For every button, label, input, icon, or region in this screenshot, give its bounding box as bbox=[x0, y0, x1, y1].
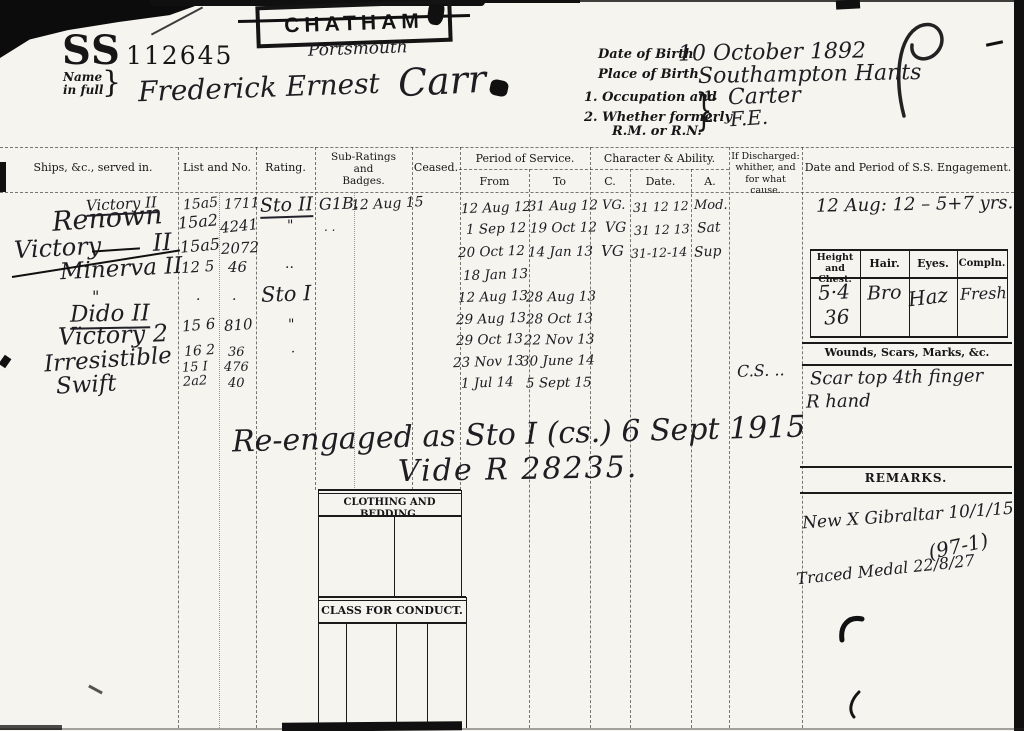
pob-label: Place of Birth bbox=[598, 68, 699, 83]
wounds-line2: R hand bbox=[806, 392, 871, 411]
character-date: 31-12-14 bbox=[631, 246, 688, 260]
service-record-sheet: SS 112645 Name in full } Frederick Ernes… bbox=[0, 0, 1024, 731]
sub-ratings-line3: Badges. bbox=[342, 175, 384, 187]
wounds-header: Wounds, Scars, Marks, &c. bbox=[802, 347, 1012, 360]
to-date: 28 Oct 13 bbox=[526, 312, 593, 327]
wounds-rule bbox=[802, 342, 1012, 344]
character-grade: VG bbox=[601, 244, 624, 259]
bottom-edge-mark bbox=[0, 725, 62, 730]
from-date: 12 Aug 12 bbox=[461, 201, 531, 217]
number-entry: 2072 bbox=[221, 240, 260, 257]
remarks-rule bbox=[800, 466, 1012, 468]
col-header-c: C. bbox=[590, 176, 630, 189]
bottom-edge-line bbox=[0, 728, 1024, 730]
ability-grade: Sup bbox=[694, 244, 722, 259]
box-rule bbox=[318, 622, 466, 624]
box-rule bbox=[318, 489, 461, 491]
ability-grade: Mod. bbox=[694, 199, 728, 212]
col-header-period: Period of Service. bbox=[460, 153, 590, 166]
bottom-edge-mark bbox=[88, 685, 103, 695]
name-label-line2: in full bbox=[63, 83, 103, 97]
remarks-header: REMARKS. bbox=[800, 472, 1012, 486]
box-inner-divider bbox=[394, 515, 395, 597]
re-engaged-note-line1: Re-engaged as Sto I (cs.) 6 Sept 1915 bbox=[232, 412, 806, 457]
hair-label: Hair. bbox=[860, 258, 909, 271]
to-date: 14 Jan 13 bbox=[528, 245, 593, 260]
character-grade: VG. bbox=[602, 199, 625, 212]
wounds-line1: Scar top 4th finger bbox=[810, 367, 983, 388]
badge-date-entry: 12 Aug 15 bbox=[351, 195, 424, 213]
col-header-from: From bbox=[460, 176, 529, 189]
ability-grade: Sat bbox=[697, 220, 721, 235]
box-border bbox=[461, 490, 462, 597]
rating-entry: Sto I bbox=[261, 283, 312, 306]
from-date: 1 Jul 14 bbox=[461, 376, 514, 391]
eyes-label: Eyes. bbox=[909, 258, 957, 271]
official-number: 112645 bbox=[126, 42, 233, 71]
col-header-ceased: Ceased. bbox=[412, 162, 460, 175]
number-entry: 1711 bbox=[224, 196, 260, 212]
rating-entry: " bbox=[288, 318, 294, 332]
col-header-date: Date. bbox=[630, 176, 691, 189]
from-date: 12 Aug 13 bbox=[458, 290, 528, 306]
chest-value: 36 bbox=[823, 306, 849, 327]
col-header-a: A. bbox=[691, 176, 729, 189]
occupation-label-3: R.M. or R.N. bbox=[612, 125, 702, 140]
discharged-line1: If Discharged: bbox=[731, 151, 799, 162]
col-header-ships: Ships, &c., served in. bbox=[8, 162, 178, 175]
col-header-rating: Rating. bbox=[256, 162, 315, 175]
to-date: 5 Sept 15 bbox=[526, 376, 592, 391]
height-value: 5·4 bbox=[817, 281, 850, 303]
col-header-character: Character & Ability. bbox=[590, 153, 729, 166]
physical-table-border bbox=[1007, 249, 1008, 338]
to-date: 28 Aug 13 bbox=[526, 290, 596, 305]
character-date: 31 12 13 bbox=[634, 223, 690, 237]
to-date: 31 Aug 12 bbox=[528, 199, 598, 214]
list-entry: · bbox=[196, 293, 200, 307]
stamp-text: CHATHAM bbox=[284, 10, 424, 39]
from-date: 20 Oct 12 bbox=[458, 245, 525, 261]
occupation-item-2: 2. bbox=[704, 112, 718, 127]
name-last-handwritten: Carr bbox=[397, 60, 487, 103]
hair-value: Bro bbox=[867, 283, 902, 303]
complexion-value: Fresh bbox=[960, 285, 1007, 303]
col-header-ss-engagement: Date and Period of S.S. Engagement. bbox=[802, 162, 1014, 175]
table-top-rule bbox=[0, 147, 1024, 148]
header-mid-rule bbox=[459, 169, 729, 170]
number-entry: 476 bbox=[224, 361, 249, 374]
list-entry: 15 6 bbox=[181, 317, 216, 335]
left-edge-mark bbox=[0, 162, 6, 192]
number-entry: 810 bbox=[224, 317, 254, 334]
stamp-note-handwritten: Portsmouth bbox=[308, 39, 408, 59]
discharged-line3: for what cause. bbox=[745, 174, 786, 196]
name-label-line1: Name bbox=[63, 70, 102, 84]
list-entry: 12 5 bbox=[181, 259, 215, 276]
to-date: 19 Oct 12 bbox=[530, 221, 597, 236]
column-divider bbox=[219, 192, 220, 728]
box-inner-divider bbox=[396, 622, 397, 726]
bottom-scan-bar bbox=[282, 721, 462, 731]
name-brace: } bbox=[102, 66, 121, 101]
from-date: 1 Sep 12 bbox=[466, 222, 527, 238]
sub-ratings-line1: Sub-Ratings bbox=[331, 151, 396, 163]
to-date: 30 June 14 bbox=[521, 354, 595, 369]
right-edge-strip bbox=[1014, 0, 1024, 731]
top-edge-mark bbox=[470, 0, 580, 3]
to-date: 22 Nov 13 bbox=[524, 333, 595, 348]
list-entry: 15a5 bbox=[179, 236, 220, 255]
formerly-value: F.E. bbox=[729, 107, 768, 130]
col-header-list-no: List and No. bbox=[178, 162, 256, 175]
from-date: 18 Jan 13 bbox=[463, 268, 529, 284]
pen-flourish-mark bbox=[886, 18, 958, 122]
number-entry: 4241 bbox=[219, 217, 259, 236]
ink-blot-mark bbox=[489, 78, 510, 97]
list-entry: 2a2 bbox=[183, 374, 208, 389]
rating-entry: .. bbox=[285, 257, 294, 271]
box-rule bbox=[318, 515, 461, 517]
box-inner-divider bbox=[346, 622, 347, 726]
from-date: 29 Oct 13 bbox=[456, 333, 523, 349]
eyes-value: Haz bbox=[907, 285, 949, 310]
list-entry: 15a2 bbox=[177, 212, 218, 231]
sub-rating-entry: . . bbox=[324, 221, 335, 233]
col-header-sub-ratings: Sub-Ratings and Badges. bbox=[315, 151, 412, 187]
class-for-conduct-header: CLASS FOR CONDUCT. bbox=[318, 605, 466, 618]
col-header-to: To bbox=[529, 176, 590, 189]
re-engaged-note-line2: Vide R 28235. bbox=[398, 453, 639, 487]
column-divider bbox=[691, 169, 692, 728]
number-entry: 36 bbox=[228, 346, 245, 359]
left-edge-mark bbox=[0, 355, 11, 369]
character-grade: VG bbox=[605, 221, 626, 235]
box-rule bbox=[318, 600, 466, 601]
ink-hook-mark bbox=[845, 690, 863, 720]
rating-entry: " bbox=[287, 219, 293, 233]
ss-engagement-value: 12 Aug: 12 – 5+7 yrs. bbox=[816, 194, 1014, 215]
ink-comma-mark bbox=[838, 612, 866, 644]
column-divider bbox=[178, 147, 179, 728]
top-edge-mark bbox=[570, 0, 1024, 2]
number-entry: 40 bbox=[228, 377, 245, 390]
number-entry: · bbox=[232, 293, 236, 307]
list-entry: 16 2 bbox=[184, 343, 216, 359]
sub-ratings-line2: and bbox=[354, 163, 374, 175]
box-rule bbox=[318, 596, 466, 598]
col-header-discharged: If Discharged: whither, and for what cau… bbox=[729, 151, 802, 197]
complexion-label: Compln. bbox=[957, 258, 1007, 270]
remarks-rule bbox=[800, 492, 1012, 494]
top-edge-mark bbox=[836, 0, 860, 10]
pen-dash-mark bbox=[986, 40, 1003, 46]
box-border bbox=[466, 597, 467, 728]
character-date: 31 12 12 bbox=[633, 200, 689, 214]
ship-entry: Swift bbox=[55, 372, 117, 398]
occupation-item-1: 1. bbox=[704, 90, 718, 105]
discharge-cause: C.S. .. bbox=[737, 362, 785, 380]
box-rule bbox=[318, 493, 461, 494]
from-date: 29 Aug 13 bbox=[456, 312, 526, 328]
remarks-line3: Traced Medal 22/8/27 bbox=[796, 553, 976, 588]
name-label: Name in full bbox=[63, 71, 105, 97]
height-label-line1: Height bbox=[817, 252, 854, 263]
rating-entry: Sto II bbox=[260, 195, 314, 219]
name-first-handwritten: Frederick Ernest bbox=[138, 70, 381, 106]
number-entry: 46 bbox=[228, 260, 247, 275]
rating-entry: · bbox=[291, 346, 295, 359]
box-inner-divider bbox=[427, 622, 428, 726]
discharged-line2: whither, and bbox=[735, 162, 795, 173]
from-date: 23 Nov 13 bbox=[453, 355, 524, 371]
clothing-bedding-header: CLOTHING AND BEDDING. bbox=[318, 497, 461, 520]
